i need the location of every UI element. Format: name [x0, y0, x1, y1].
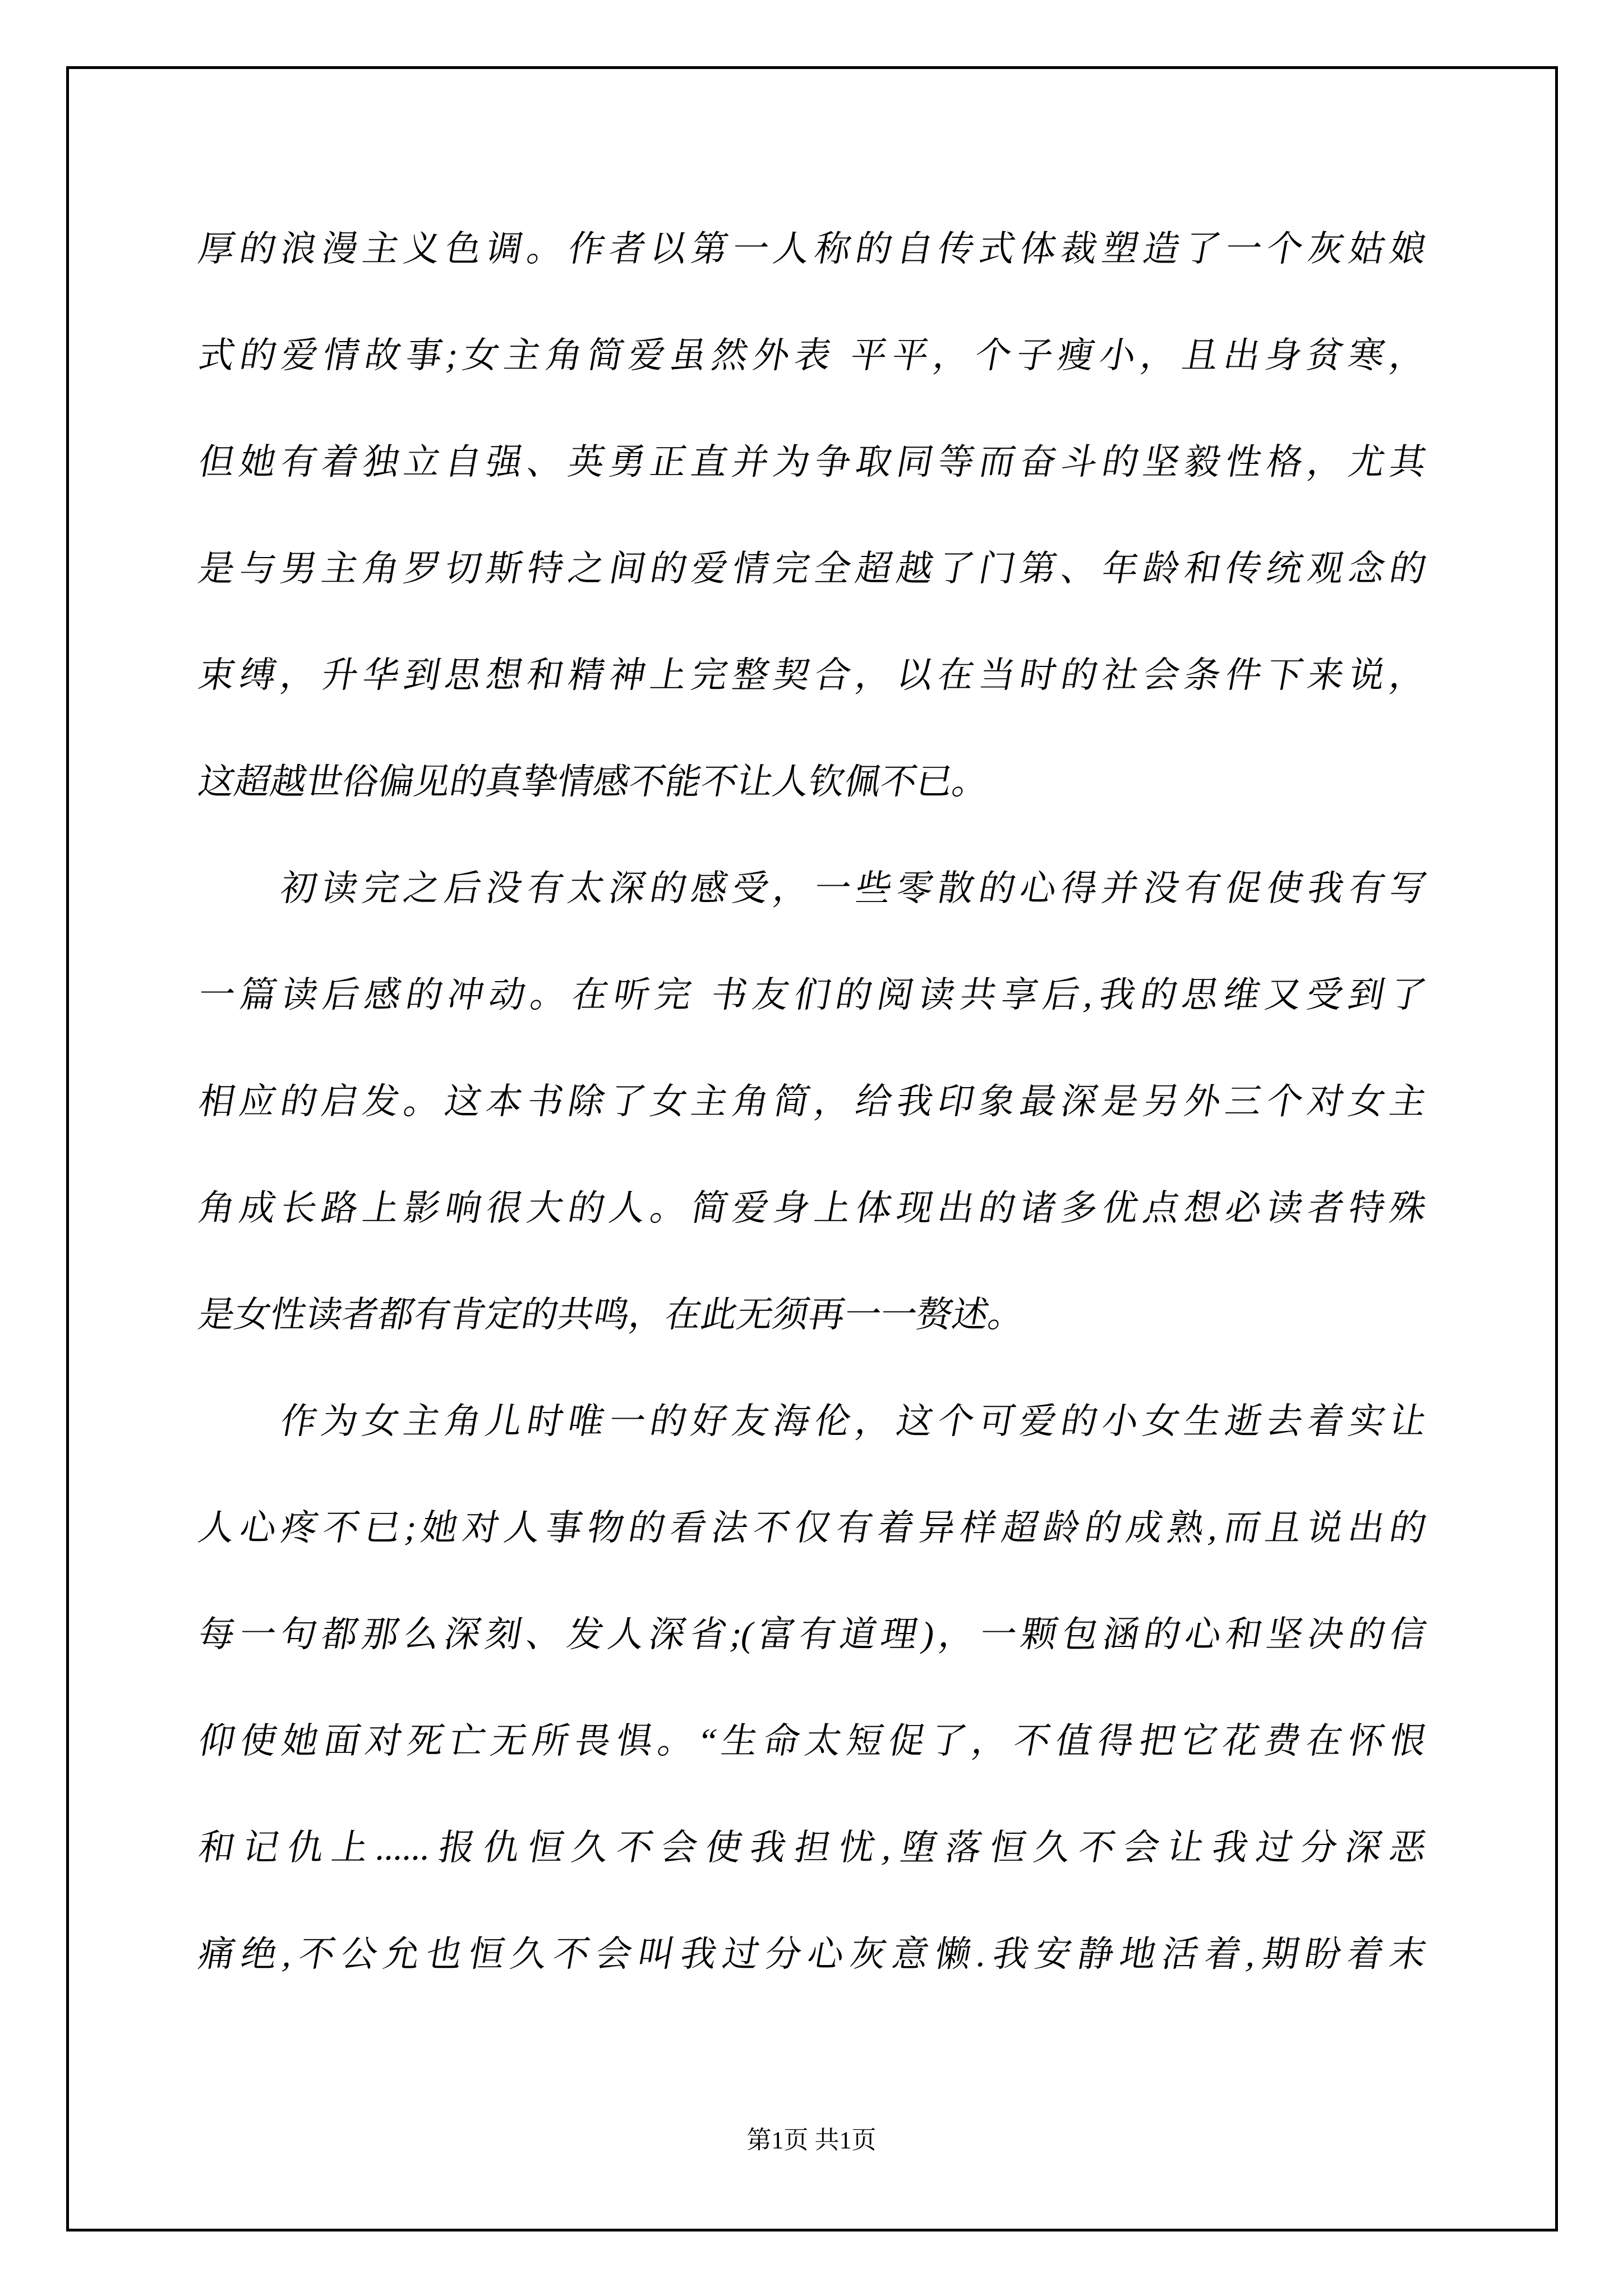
page-number-label: 第1页 共1页 [747, 2127, 877, 2154]
text-line: 是与男主角罗切斯特之间的爱情完全超越了门第、年龄和传统观念的 [190, 516, 1436, 622]
text-line: 式的爱情故事;女主角简爱虽然外表 平平，个子瘦小，且出身贫寒， [190, 302, 1436, 409]
text-line: 作为女主角儿时唯一的好友海伦，这个可爱的小女生逝去着实让 [190, 1368, 1436, 1475]
text-line: 人心疼不已;她对人事物的看法不仅有着异样超龄的成熟,而且说出的 [190, 1475, 1436, 1581]
text-line: 一篇读后感的冲动。在听完 书友们的阅读共享后,我的思维又受到了 [190, 942, 1436, 1048]
text-line: 初读完之后没有太深的感受，一些零散的心得并没有促使我有写 [190, 835, 1436, 942]
text-line: 角成长路上影响很大的人。简爱身上体现出的诸多优点想必读者特殊 [190, 1155, 1436, 1262]
text-line: 每一句都那么深刻、发人深省;(富有道理)，一颗包涵的心和坚决的信 [190, 1581, 1436, 1688]
text-line: 仰使她面对死亡无所畏惧。“生命太短促了，不值得把它花费在怀恨 [190, 1688, 1436, 1795]
text-line: 相应的启发。这本书除了女主角简，给我印象最深是另外三个对女主 [190, 1048, 1436, 1155]
document-page: 厚的浪漫主义色调。作者以第一人称的自传式体裁塑造了一个灰姑娘式的爱情故事;女主角… [0, 0, 1623, 2296]
page-footer: 第1页 共1页 [198, 2126, 1425, 2155]
text-block: 厚的浪漫主义色调。作者以第一人称的自传式体裁塑造了一个灰姑娘式的爱情故事;女主角… [198, 196, 1425, 2008]
text-line: 束缚，升华到思想和精神上完整契合，以在当时的社会条件下来说， [190, 622, 1436, 729]
text-line: 但她有着独立自强、英勇正直并为争取同等而奋斗的坚毅性格，尤其 [190, 409, 1436, 516]
text-line: 这超越世俗偏见的真挚情感不能不让人钦佩不已。 [190, 729, 1436, 835]
text-line: 痛绝,不公允也恒久不会叫我过分心灰意懒.我安静地活着,期盼着末 [190, 1901, 1436, 2008]
text-line: 是女性读者都有肯定的共鸣，在此无须再一一赘述。 [190, 1262, 1436, 1368]
text-line: 和记仇上......报仇恒久不会使我担忧,堕落恒久不会让我过分深恶 [190, 1795, 1436, 1901]
text-line: 厚的浪漫主义色调。作者以第一人称的自传式体裁塑造了一个灰姑娘 [190, 196, 1436, 302]
